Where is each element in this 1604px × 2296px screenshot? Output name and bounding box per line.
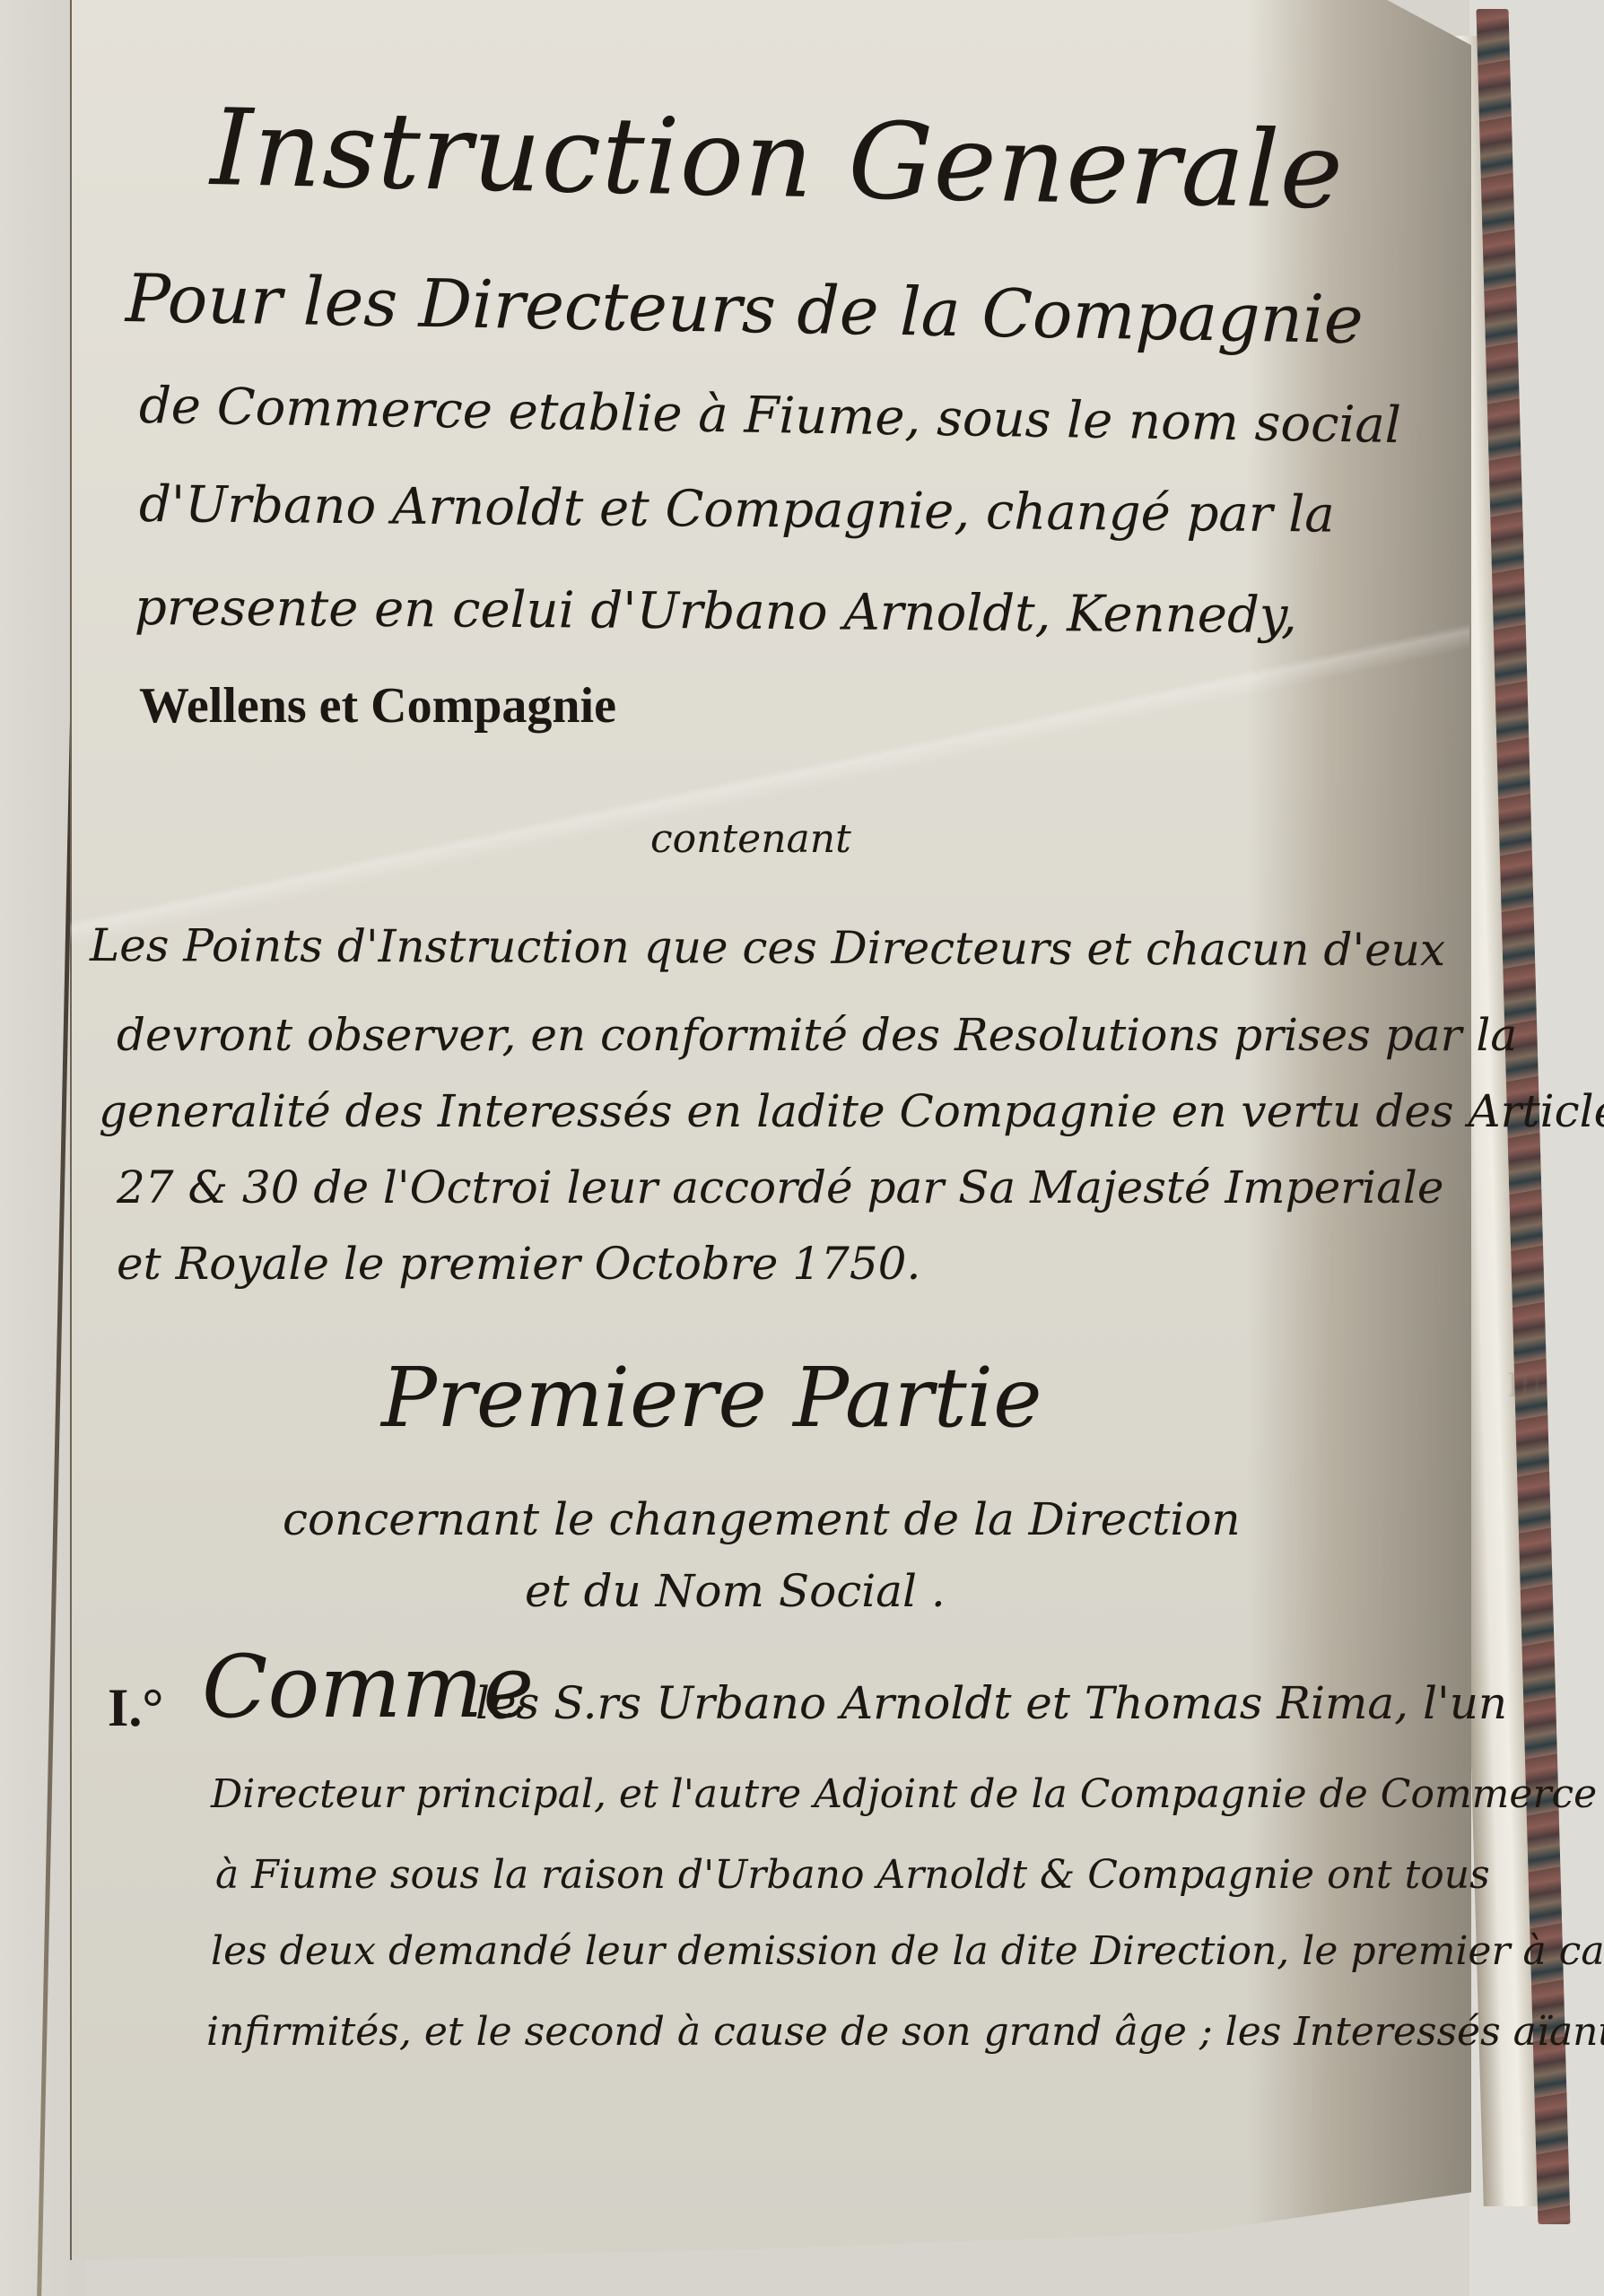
article-line-4: infirmités, et le second à cause de son … [206,2009,1604,2055]
section-subtitle-line-2: et du Nom Social . [525,1565,946,1617]
description-line-1: Les Points d'Instruction que ces Directe… [90,919,1445,976]
subtitle-line-2: de Commerce etablie à Fiume, sous le nom… [138,377,1401,455]
article-numeral: I.° [108,1677,163,1739]
article-first-line-rest: les S.rs Urbano Arnoldt et Thomas Rima, … [475,1677,1507,1729]
section-title: Premiere Partie [381,1350,1042,1446]
contenant-label: contenant [650,816,851,862]
document-title: Instruction Generale [210,85,1346,232]
article-line-2: à Fiume sous la raison d'Urbano Arnoldt … [215,1852,1490,1898]
article-line-1: Directeur principal, et l'autre Adjoint … [211,1771,1604,1817]
subtitle-line-3: d'Urbano Arnoldt et Compagnie, changé pa… [139,475,1335,544]
subtitle-line-4: presente en celui d'Urbano Arnoldt, Kenn… [135,578,1297,645]
article-line-3: les deux demandé leur demission de la di… [211,1928,1604,1974]
subtitle-line-5: Wellens et Compagnie [139,677,616,735]
subtitle-line-1: Pour les Directeurs de la Compagnie [125,260,1364,359]
description-line-3: generalité des Interessés en ladite Comp… [99,1085,1604,1137]
description-line-4: 27 & 30 de l'Octroi leur accordé par Sa … [117,1161,1443,1213]
description-line-5: et Royale le premier Octobre 1750. [117,1238,920,1290]
manuscript-text: Instruction Generale Pour les Directeurs… [0,0,1604,2296]
section-subtitle-line-1: concernant le changement de la Direction [283,1493,1241,1545]
description-line-2: devront observer, en conformité des Reso… [117,1009,1517,1061]
bleed-through-text: III [1507,1363,1543,1405]
